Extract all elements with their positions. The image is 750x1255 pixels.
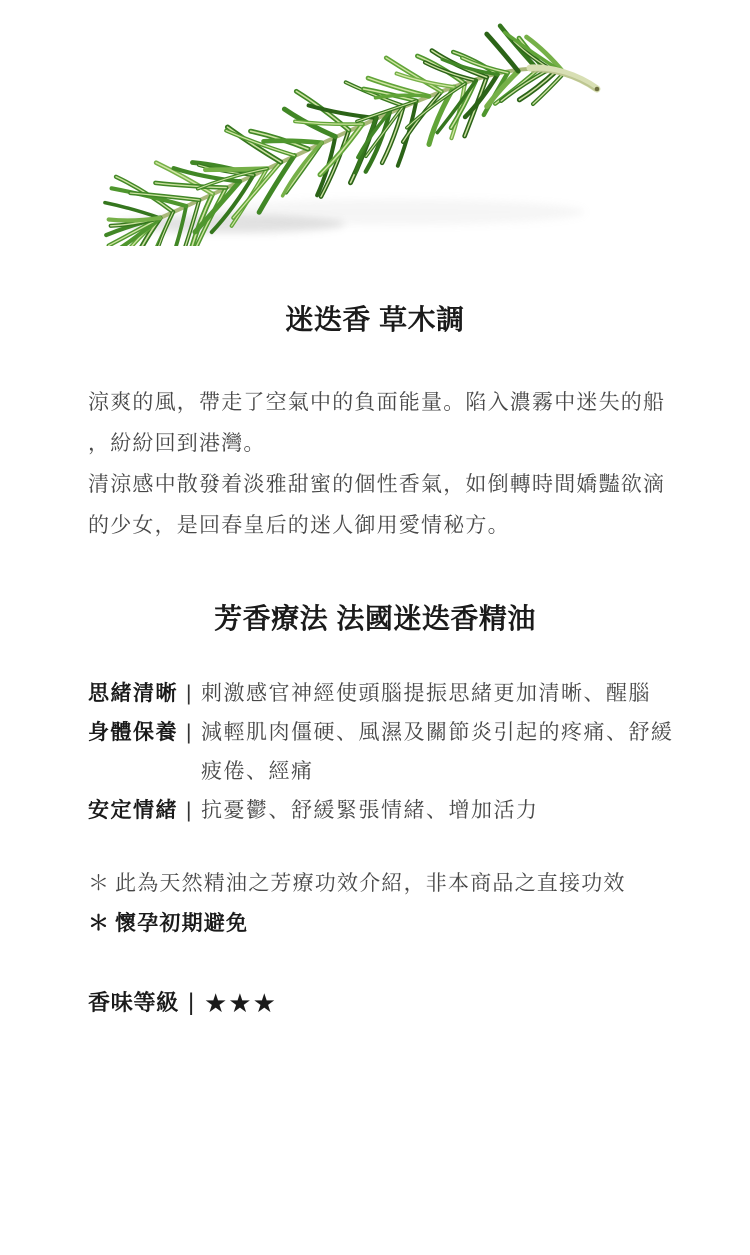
benefit-list: 思緒清晰 | 刺激感官神經使頭腦提振思緒更加清晰、醒腦 身體保養 | 減輕肌肉僵…	[0, 674, 750, 830]
rosemary-sprig-image	[80, 0, 610, 246]
note-list: ＊此為天然精油之芳療功效介紹，非本商品之直接功效 ＊懷孕初期避免	[0, 864, 750, 944]
benefit-label: 思緒清晰	[88, 674, 178, 713]
benefit-label: 身體保養	[88, 713, 178, 752]
benefit-description: 刺激感官神經使頭腦提振思緒更加清晰、醒腦	[201, 674, 681, 713]
fragrance-rating: 香味等級 | ★★★	[0, 987, 750, 1018]
benefit-item: 思緒清晰 | 刺激感官神經使頭腦提振思緒更加清晰、醒腦	[88, 674, 750, 713]
note-item: ＊此為天然精油之芳療功效介紹，非本商品之直接功效	[88, 864, 750, 904]
benefit-label: 安定情緒	[88, 791, 178, 830]
separator-bar: |	[188, 988, 195, 1018]
asterisk-marker: ＊	[88, 912, 109, 935]
benefit-item: 安定情緒 | 抗憂鬱、舒緩緊張情緒、增加活力	[88, 791, 750, 830]
note-item-bold: ＊懷孕初期避免	[88, 904, 750, 944]
intro-paragraphs: 涼爽的風，帶走了空氣中的負面能量。陷入濃霧中迷失的船，紛紛回到港灣。 清涼感中散…	[0, 382, 750, 546]
product-detail-page: 迷迭香 草木調 涼爽的風，帶走了空氣中的負面能量。陷入濃霧中迷失的船，紛紛回到港…	[0, 0, 750, 1255]
note-text: 此為天然精油之芳療功效介紹，非本商品之直接功效	[115, 872, 626, 895]
separator-bar: |	[186, 713, 193, 752]
benefit-description: 抗憂鬱、舒緩緊張情緒、增加活力	[201, 791, 681, 830]
star-rating: ★★★	[204, 987, 277, 1018]
benefit-description: 減輕肌肉僵硬、風濕及關節炎引起的疼痛、舒緩疲倦、經痛	[201, 713, 681, 791]
rating-label: 香味等級	[88, 988, 179, 1018]
separator-bar: |	[186, 791, 193, 830]
separator-bar: |	[186, 674, 193, 713]
hero-image-area	[0, 0, 750, 236]
intro-paragraph-2: 清涼感中散發着淡雅甜蜜的個性香氣，如倒轉時間嬌豔欲滴的少女，是回春皇后的迷人御用…	[88, 464, 670, 546]
note-text: 懷孕初期避免	[115, 912, 248, 935]
intro-paragraph-1: 涼爽的風，帶走了空氣中的負面能量。陷入濃霧中迷失的船，紛紛回到港灣。	[88, 382, 670, 464]
scent-title: 迷迭香 草木調	[0, 302, 750, 338]
benefit-item: 身體保養 | 減輕肌肉僵硬、風濕及關節炎引起的疼痛、舒緩疲倦、經痛	[88, 713, 750, 791]
aromatherapy-title: 芳香療法 法國迷迭香精油	[0, 601, 750, 637]
asterisk-marker: ＊	[88, 872, 109, 895]
